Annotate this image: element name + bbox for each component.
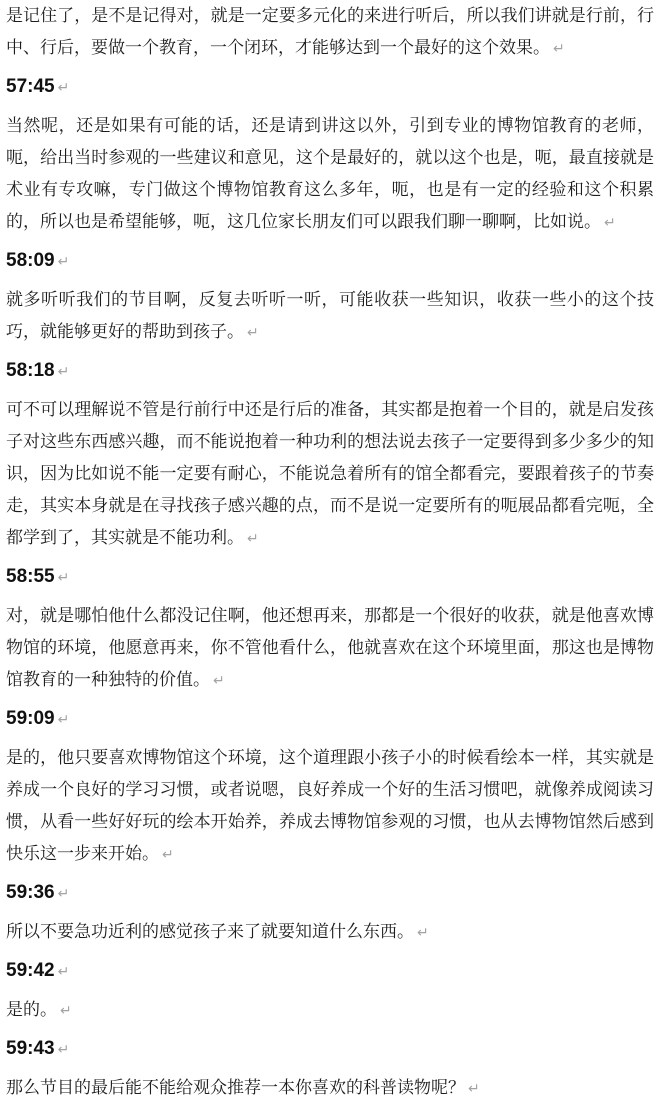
timestamp-text: 58:18 [6, 360, 55, 381]
paragraph-text: 对，就是哪怕他什么都没记住啊，他还想再来，那都是一个很好的收获，就是他喜欢博物馆… [6, 606, 654, 689]
timestamp-text: 59:43 [6, 1038, 55, 1059]
paragraph-text: 是的。 [6, 1000, 57, 1019]
return-mark-icon: ↵ [58, 1041, 70, 1057]
transcript-paragraph: 可不可以理解说不管是行前行中还是行后的准备，其实都是抱着一个目的，就是启发孩子对… [6, 394, 654, 554]
timestamp-heading: 59:36↵ [6, 877, 654, 909]
transcript-paragraph: 对，就是哪怕他什么都没记住啊，他还想再来，那都是一个很好的收获，就是他喜欢博物馆… [6, 600, 654, 696]
return-mark-icon: ↵ [58, 569, 70, 585]
transcript-paragraph: 就多听听我们的节目啊，反复去听听一听，可能收获一些知识，收获一些小的这个技巧，就… [6, 284, 654, 348]
paragraph-text: 可不可以理解说不管是行前行中还是行后的准备，其实都是抱着一个目的，就是启发孩子对… [6, 400, 654, 547]
transcript-paragraph: 是记住了，是不是记得对，就是一定要多元化的来进行听后，所以我们讲就是行前，行中、… [6, 0, 654, 64]
return-mark-icon: ↵ [58, 711, 70, 727]
timestamp-text: 59:42 [6, 960, 55, 981]
timestamp-heading: 58:18↵ [6, 355, 654, 387]
timestamp-heading: 59:43↵ [6, 1033, 654, 1065]
return-mark-icon: ↵ [60, 1002, 72, 1018]
return-mark-icon: ↵ [213, 672, 225, 688]
return-mark-icon: ↵ [58, 253, 70, 269]
timestamp-heading: 59:42↵ [6, 955, 654, 987]
paragraph-text: 当然呢，还是如果有可能的话，还是请到讲这以外，引到专业的博物馆教育的老师，呃，给… [6, 116, 654, 231]
paragraph-text: 是的，他只要喜欢博物馆这个环境，这个道理跟小孩子小的时候看绘本一样，其实就是养成… [6, 748, 654, 863]
return-mark-icon: ↵ [468, 1080, 480, 1096]
transcript-paragraph: 那么节目的最后能不能给观众推荐一本你喜欢的科普读物呢？↵ [6, 1072, 654, 1104]
transcript-paragraph: 是的。↵ [6, 994, 654, 1026]
timestamp-text: 57:45 [6, 76, 55, 97]
transcript-paragraph: 所以不要急功近利的感觉孩子来了就要知道什么东西。↵ [6, 916, 654, 948]
return-mark-icon: ↵ [247, 530, 259, 546]
return-mark-icon: ↵ [247, 324, 259, 340]
timestamp-heading: 58:09↵ [6, 245, 654, 277]
transcript-paragraph: 当然呢，还是如果有可能的话，还是请到讲这以外，引到专业的博物馆教育的老师，呃，给… [6, 110, 654, 238]
return-mark-icon: ↵ [604, 214, 616, 230]
transcript-paragraph: 是的，他只要喜欢博物馆这个环境，这个道理跟小孩子小的时候看绘本一样，其实就是养成… [6, 742, 654, 870]
transcript-document: 是记住了，是不是记得对，就是一定要多元化的来进行听后，所以我们讲就是行前，行中、… [0, 0, 663, 1104]
paragraph-text: 那么节目的最后能不能给观众推荐一本你喜欢的科普读物呢？ [6, 1078, 465, 1097]
timestamp-heading: 59:09↵ [6, 703, 654, 735]
timestamp-heading: 57:45↵ [6, 71, 654, 103]
timestamp-text: 58:55 [6, 566, 55, 587]
return-mark-icon: ↵ [58, 363, 70, 379]
return-mark-icon: ↵ [58, 79, 70, 95]
timestamp-heading: 58:55↵ [6, 561, 654, 593]
paragraph-text: 就多听听我们的节目啊，反复去听听一听，可能收获一些知识，收获一些小的这个技巧，就… [6, 290, 654, 341]
timestamp-text: 58:09 [6, 250, 55, 271]
return-mark-icon: ↵ [417, 924, 429, 940]
return-mark-icon: ↵ [553, 40, 565, 56]
return-mark-icon: ↵ [58, 963, 70, 979]
return-mark-icon: ↵ [58, 885, 70, 901]
paragraph-text: 所以不要急功近利的感觉孩子来了就要知道什么东西。 [6, 922, 414, 941]
timestamp-text: 59:09 [6, 708, 55, 729]
timestamp-text: 59:36 [6, 882, 55, 903]
return-mark-icon: ↵ [162, 846, 174, 862]
